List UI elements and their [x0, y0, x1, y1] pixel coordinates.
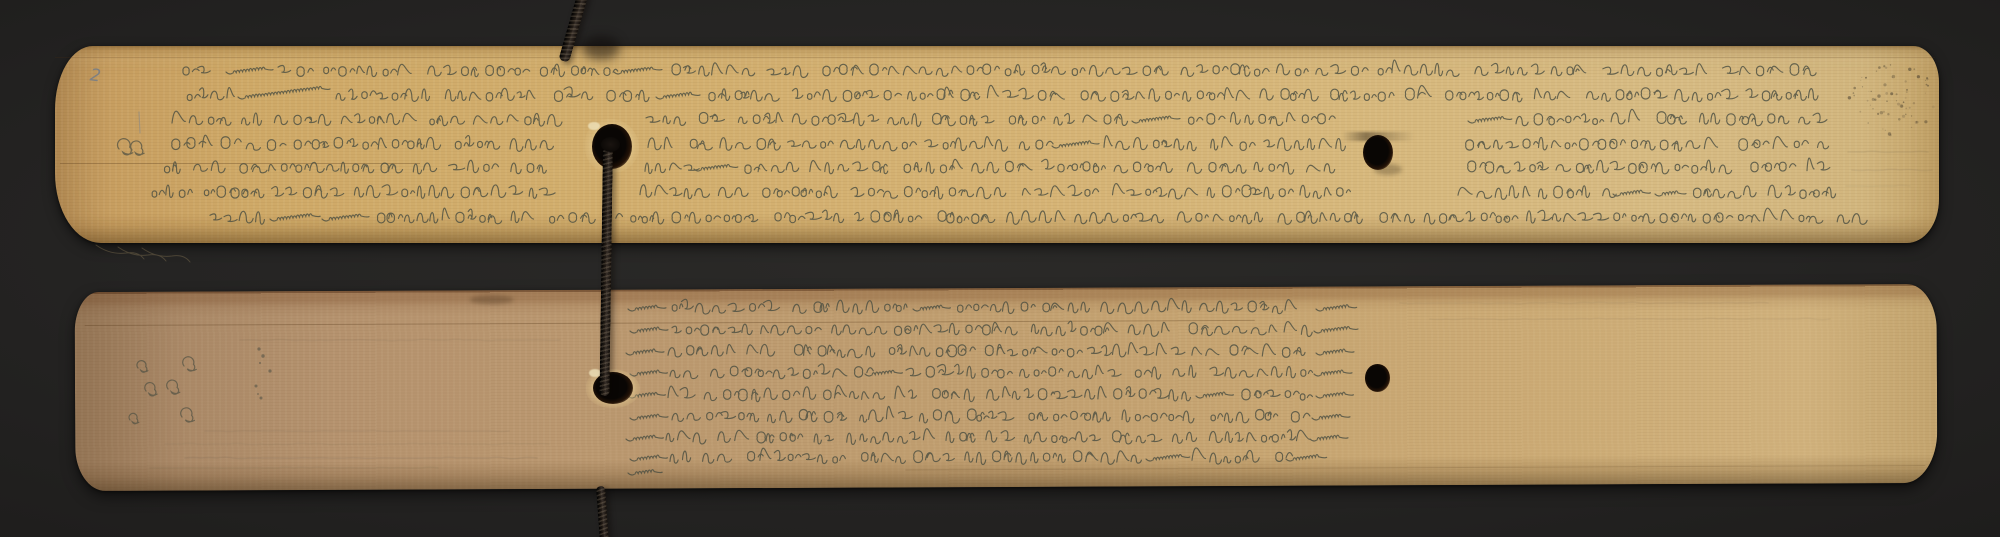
ghost-text-trace: [185, 457, 537, 458]
ink-speckle: [1883, 65, 1885, 67]
ink-speckle: [1906, 91, 1908, 93]
ink-speckle: [1876, 71, 1877, 72]
ghost-text-trace: [1848, 151, 1928, 152]
ghost-text-trace: [150, 467, 438, 468]
ink-speckle: [1861, 77, 1862, 78]
ink-speckle: [1859, 111, 1861, 113]
ink-speckle: [1896, 100, 1897, 101]
bottom-leaf-script-line-2: [630, 321, 1358, 336]
bottom-leaf-script-line-9: [628, 470, 662, 475]
ink-speckle: [1860, 80, 1861, 81]
photograph-canvas: 2: [0, 0, 2000, 537]
binding-hole-bottom-right: [1365, 364, 1390, 392]
ink-speckle: [1887, 113, 1889, 115]
cord-shadow: [582, 36, 620, 60]
ink-dot: [268, 369, 271, 372]
ink-speckle: [1905, 114, 1906, 115]
ink-speckle: [1927, 85, 1929, 87]
ink-speckle: [1886, 101, 1887, 102]
ink-speckle: [1903, 101, 1905, 103]
ink-speckle: [1877, 113, 1879, 115]
bottom-leaf-script-line-6: [630, 406, 1350, 423]
ink-speckle: [1878, 66, 1881, 69]
top-leaf-script-line-2: [187, 85, 1818, 102]
ghost-text-trace: [205, 431, 509, 432]
ink-speckle: [1874, 99, 1876, 101]
bottom-leaf-script-line-3: [626, 343, 1354, 358]
ink-speckle: [1898, 118, 1901, 121]
ink-dot: [257, 347, 260, 350]
ink-speckle: [1872, 108, 1873, 109]
top-leaf-script-line-5: [165, 158, 1830, 174]
ink-speckle: [1900, 104, 1903, 107]
ink-speckle: [1890, 134, 1892, 136]
top-leaf-script-line-3: [172, 109, 1827, 126]
ink-speckle: [1917, 75, 1920, 78]
ghost-text-trace: [1846, 185, 1910, 186]
ink-speckle: [1926, 84, 1928, 86]
ink-speckle: [1853, 87, 1856, 90]
bottom-leaf-script-line-7: [626, 429, 1348, 445]
ink-dot: [255, 385, 258, 388]
manuscript-script-layer: [0, 0, 2000, 537]
ink-speckle: [1853, 95, 1855, 97]
ink-speckle: [1926, 77, 1928, 79]
ink-speckle: [1868, 91, 1869, 92]
bottom-leaf-script-line-8: [630, 448, 1327, 465]
ink-speckle: [1885, 92, 1888, 95]
ink-speckle: [1902, 115, 1905, 118]
ink-dot: [261, 354, 264, 357]
ink-speckle: [1871, 91, 1872, 92]
ink-speckle: [1865, 77, 1866, 78]
top-leaf-foliation-character: [117, 139, 144, 156]
ink-speckle: [1883, 111, 1885, 113]
ghost-text-trace: [1852, 169, 1932, 170]
ink-speckle: [1924, 120, 1927, 123]
pencil-tick: [139, 112, 140, 133]
top-leaf-script-line-7: [210, 208, 1867, 224]
ink-speckle: [1890, 64, 1891, 65]
ink-speckle: [1862, 86, 1863, 87]
ink-dot: [259, 362, 261, 364]
ink-speckle: [1885, 67, 1887, 69]
ink-speckle: [1890, 92, 1893, 95]
bottom-leaf-script-line-5: [628, 385, 1353, 401]
ink-speckle: [1877, 94, 1880, 97]
binding-hole-top-right: [1363, 135, 1393, 170]
ink-speckle: [1911, 115, 1912, 116]
ink-speckle: [1906, 89, 1908, 91]
ghost-text-trace: [1430, 318, 1830, 319]
top-leaf-script-line-6: [152, 184, 1835, 200]
ink-speckle: [1883, 83, 1886, 86]
ink-speckle: [1892, 75, 1895, 78]
ghost-text-trace: [240, 339, 560, 340]
ghost-text-trace: [165, 443, 549, 444]
ink-dot: [260, 397, 263, 400]
ink-speckle: [1908, 68, 1911, 71]
ink-dot: [257, 393, 259, 395]
ink-speckle: [1916, 121, 1918, 123]
ink-speckle: [1870, 105, 1871, 106]
ink-speckle: [1867, 100, 1869, 102]
ink-speckle: [1925, 93, 1926, 94]
ink-speckle: [1932, 106, 1935, 109]
ink-speckle: [1896, 93, 1898, 95]
ink-speckle: [1913, 102, 1915, 104]
leaf-edge-fiber: [96, 245, 190, 262]
bottom-leaf-margin-characters: [129, 357, 196, 424]
ink-speckle: [1913, 68, 1915, 70]
ink-speckle: [1925, 80, 1926, 81]
ink-speckle: [1853, 92, 1855, 94]
top-leaf-script-line-4: [172, 135, 1829, 151]
top-leaf-script-line-1: [183, 60, 1816, 77]
ink-speckle: [1848, 96, 1851, 99]
ink-speckle: [1885, 130, 1886, 131]
ink-speckle: [1905, 108, 1907, 110]
ink-speckle: [1897, 103, 1900, 106]
bottom-leaf-script-line-4: [630, 364, 1352, 379]
ink-speckle: [1867, 122, 1869, 124]
bottom-leaf-script-line-1: [628, 298, 1357, 314]
cord-knot: [601, 137, 620, 152]
ink-speckle: [1905, 97, 1907, 99]
ink-speckle: [1905, 80, 1907, 82]
ghost-text-trace: [1400, 302, 1768, 304]
ink-speckle: [1909, 107, 1911, 109]
ink-speckle: [1882, 129, 1883, 130]
ink-speckle: [1911, 127, 1912, 128]
ink-speckle: [1880, 111, 1883, 114]
